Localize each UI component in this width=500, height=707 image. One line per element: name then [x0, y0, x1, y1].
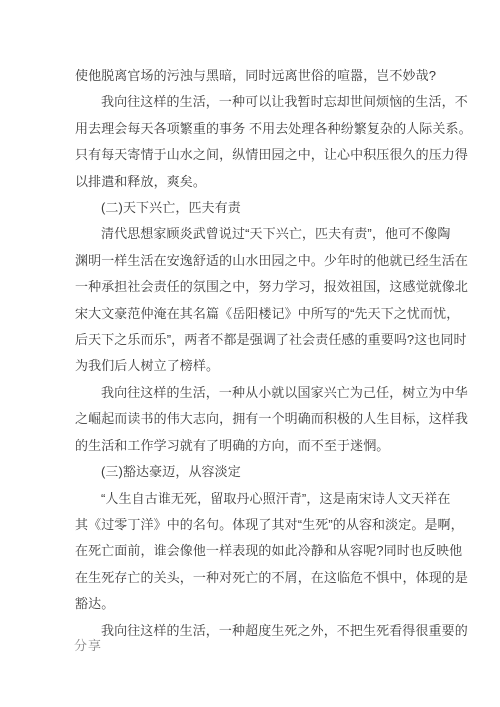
text-line: 之崛起而读书的伟大志向，拥有一个明确而积极的人生目标，这样我 — [75, 406, 445, 432]
text-line: 豁达。 — [75, 591, 445, 617]
text-line: 后天下之乐而乐”，两者不都是强调了社会责任感的重要吗?这也同时 — [75, 327, 445, 353]
text-line: 我向往这样的生活，一种从小就以国家兴亡为己任，树立为中华 — [75, 380, 445, 406]
text-line: 在生死存亡的关头，一种对死亡的不屑，在这临危不惧中，体现的是 — [75, 565, 445, 591]
text-line: 的生活和工作学习就有了明确的方向，而不至于迷惘。 — [75, 433, 445, 459]
article-page: 使他脱离官场的污浊与黑暗，同时远离世俗的喧嚣，岂不妙哉?我向往这样的生活，一种可… — [0, 0, 500, 707]
text-line: 用去理会每天各项繁重的事务 不用去处理各种纷繁复杂的人际关系。 — [75, 116, 445, 142]
text-line: 渊明一样生活在安逸舒适的山水田园之中。少年时的他就已经生活在 — [75, 248, 445, 274]
text-line: “人生自古谁无死，留取丹心照汗青”，这是南宋诗人文天祥在 — [75, 486, 445, 512]
share-link[interactable]: 分享 — [74, 637, 102, 655]
text-line: 我向往这样的生活，一种可以让我暂时忘却世间烦恼的生活，不 — [75, 89, 445, 115]
text-line: 其《过零丁洋》中的名句。体现了其对“生死”的从容和淡定。是啊， — [75, 512, 445, 538]
text-line: 在死亡面前，谁会像他一样表现的如此冷静和从容呢?同时也反映他 — [75, 538, 445, 564]
article-text: 使他脱离官场的污浊与黑暗，同时远离世俗的喧嚣，岂不妙哉?我向往这样的生活，一种可… — [75, 63, 445, 644]
text-line: 以排遣和释放，爽矣。 — [75, 169, 445, 195]
text-line: 宋大文豪范仲淹在其名篇《岳阳楼记》中所写的“先天下之忧而忧， — [75, 301, 445, 327]
text-line: 清代思想家顾炎武曾说过“天下兴亡，匹夫有责”，他可不像陶 — [75, 221, 445, 247]
text-line: (三)豁达豪迈，从容淡定 — [75, 459, 445, 485]
text-line: (二)天下兴亡，匹夫有责 — [75, 195, 445, 221]
text-line: 为我们后人树立了榜样。 — [75, 353, 445, 379]
text-line: 只有每天寄情于山水之间，纵情田园之中，让心中积压很久的压力得 — [75, 142, 445, 168]
text-line: 我向往这样的生活，一种超度生死之外，不把生死看得很重要的 — [75, 618, 445, 644]
text-line: 一种承担社会责任的氛围之中，努力学习，报效祖国，这感觉就像北 — [75, 274, 445, 300]
text-line: 使他脱离官场的污浊与黑暗，同时远离世俗的喧嚣，岂不妙哉? — [75, 63, 445, 89]
